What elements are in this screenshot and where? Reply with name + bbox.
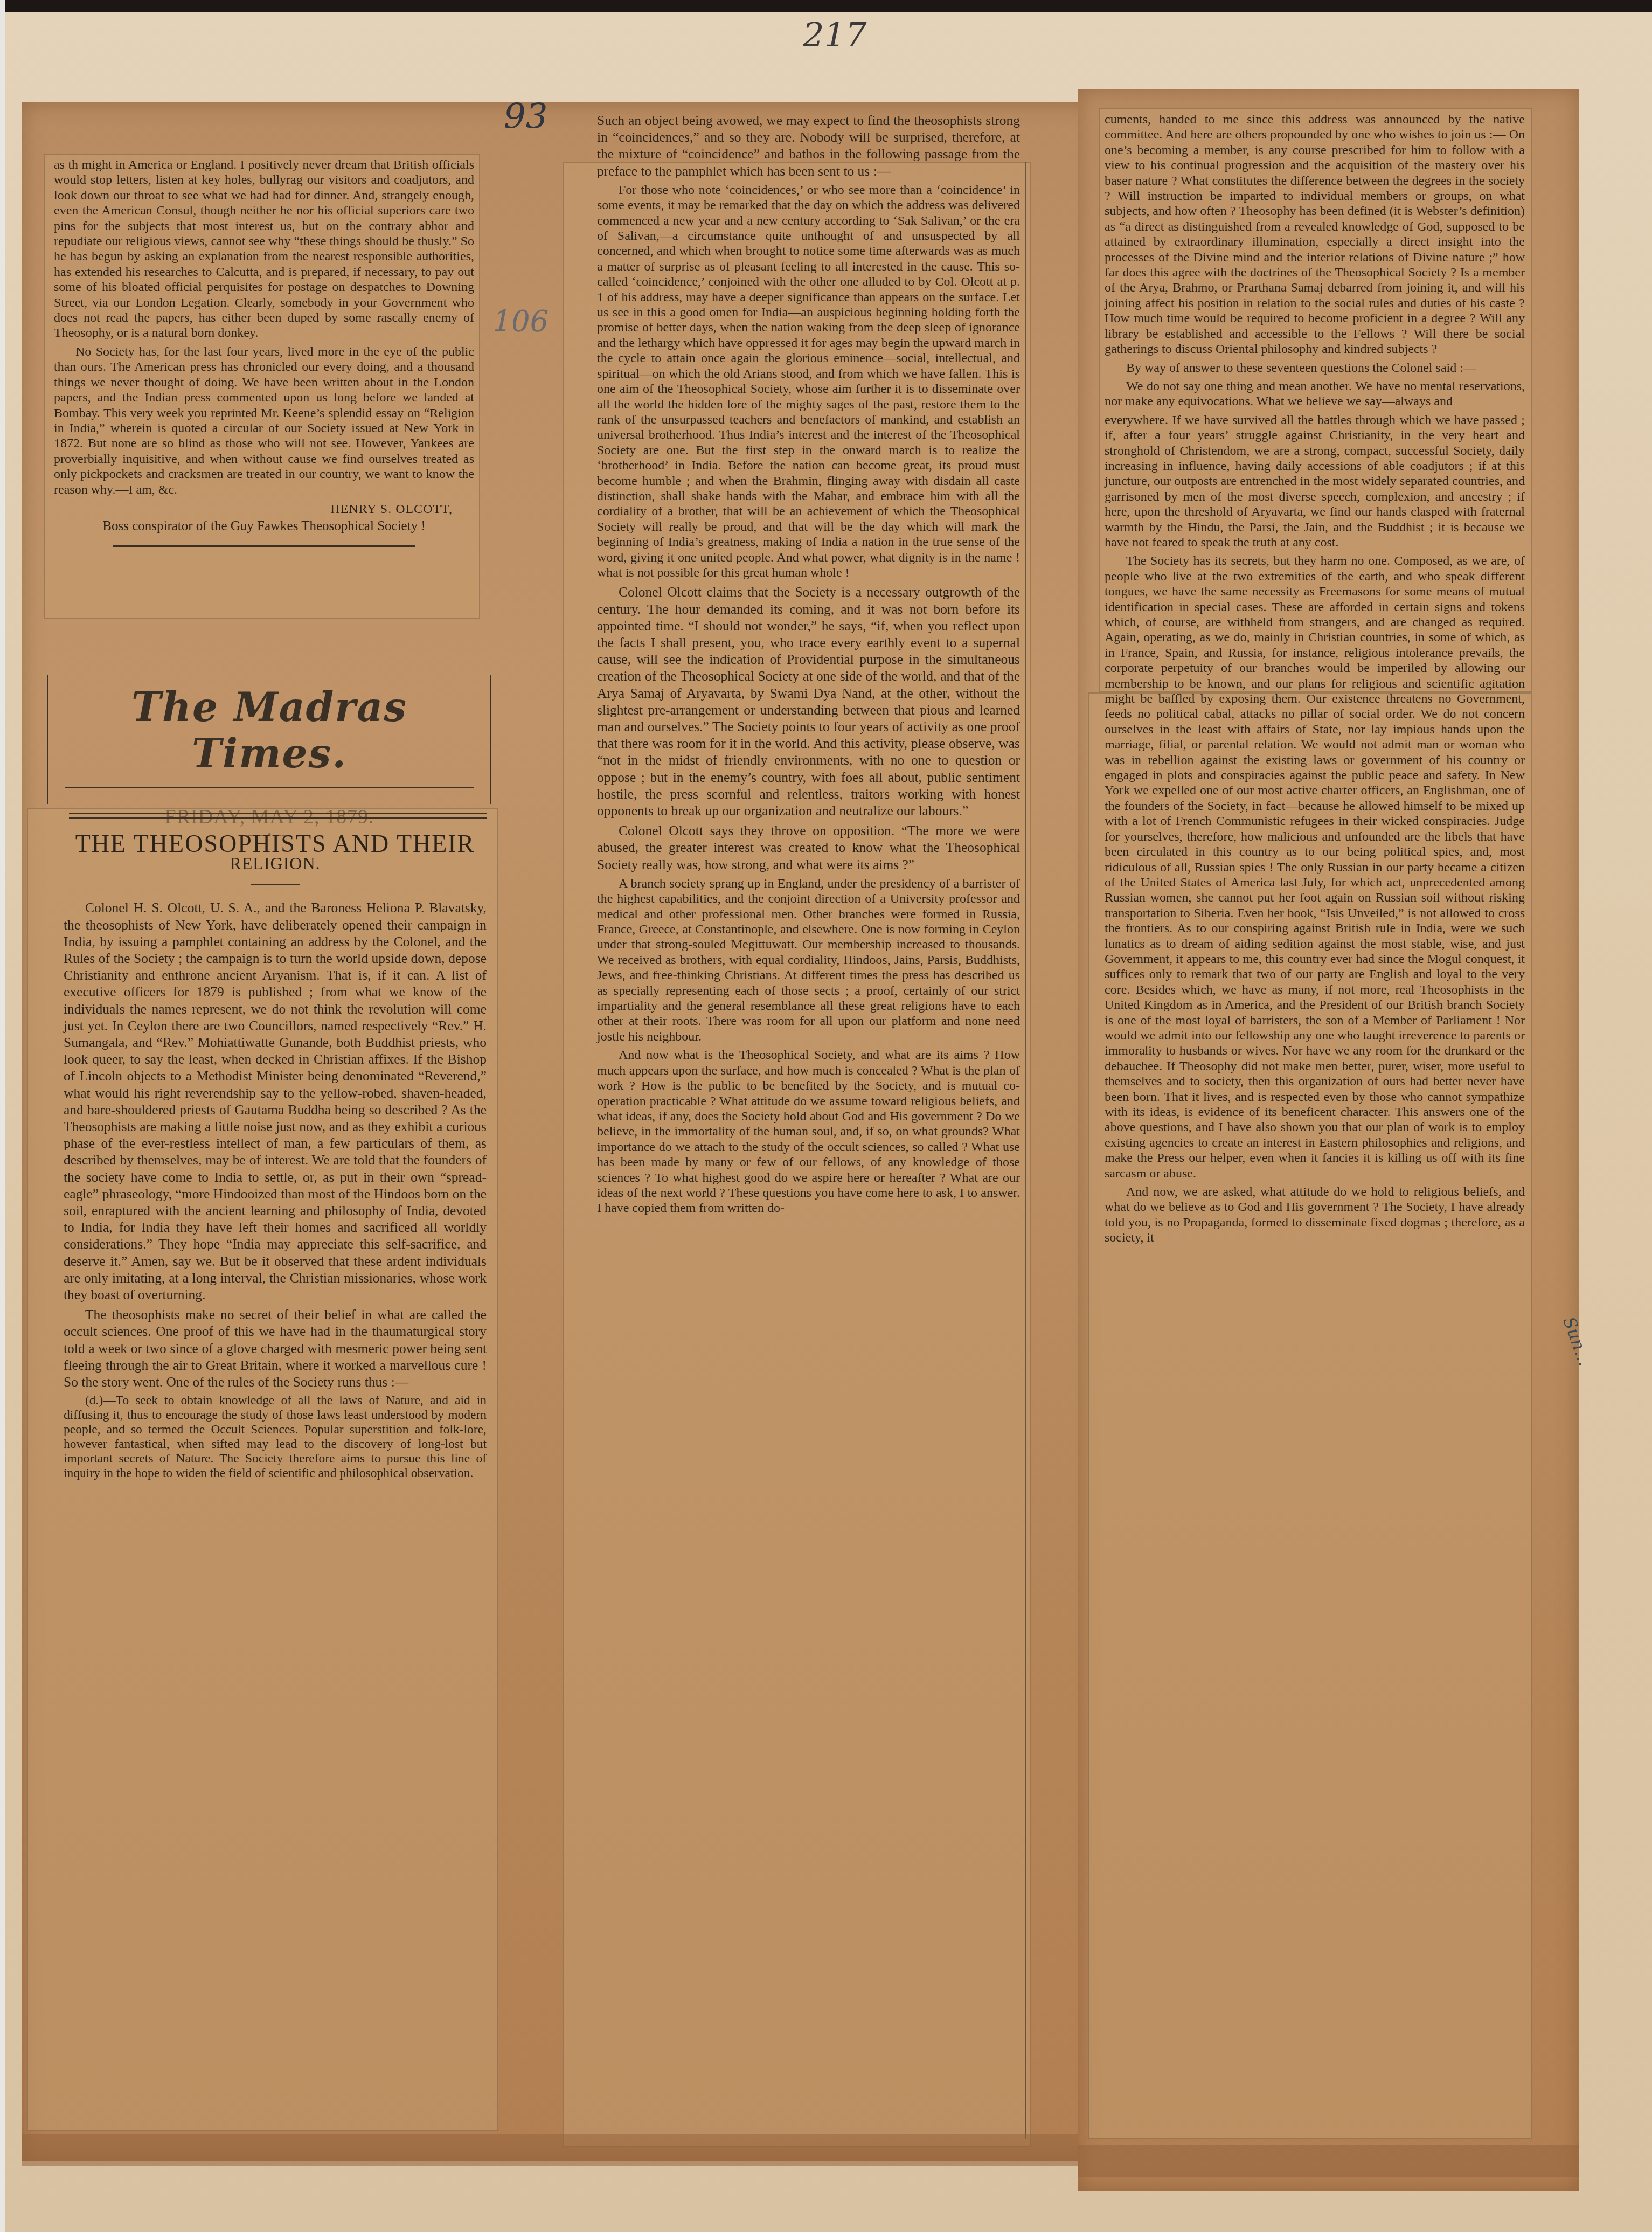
tape-bottom-edge-left [22,2134,1078,2166]
article-paragraph: And now, we are asked, what attitude do … [1105,1184,1525,1246]
short-rule [251,884,300,885]
article-subheadline: RELIGION. [64,855,487,872]
masthead-rule [65,787,474,791]
column-rule [1025,162,1026,2139]
article-paragraph: The Society has its secrets, but they ha… [1105,553,1525,1181]
separator-rule [113,545,415,547]
article-paragraph: For those who note ‘coincidences,’ or wh… [597,183,1020,581]
newspaper-title: The Madras Times. [48,684,490,777]
tape-bottom-edge-right [1078,2145,1579,2177]
scan-left-edge [0,0,5,2232]
letter-paragraph: as th might in America or England. I pos… [54,157,474,341]
letter-signature: HENRY S. OLCOTT, [54,502,453,517]
article-paragraph: A branch society sprang up in England, u… [597,876,1020,1044]
article-column-3: cuments, handed to me since this address… [1105,112,1525,1249]
article-paragraph: Colonel Olcott says they throve on oppos… [597,822,1020,873]
article-paragraph: Colonel H. S. Olcott, U. S. A., and the … [64,899,487,1303]
margin-note-93: 93 [504,97,547,137]
article-paragraph: We do not say one thing and mean another… [1105,379,1525,410]
letter-signature-title: Boss conspirator of the Guy Fawkes Theos… [54,519,474,534]
margin-note-106: 106 [493,304,549,338]
article-column-2: Such an object being avowed, we may expe… [597,112,1020,1219]
article-headline: THE THEOSOPHISTS AND THEIR [64,835,487,852]
article-column-1: THE THEOSOPHISTS AND THEIR RELIGION. Col… [64,813,487,1484]
article-paragraph: everywhere. If we have survived all the … [1105,413,1525,551]
article-paragraph: The theosophists make no secret of their… [64,1306,487,1390]
letter-paragraph: No Society has, for the last four years,… [54,344,474,497]
article-paragraph: Colonel Olcott claims that the Society i… [597,584,1020,819]
scan-top-border [0,0,1652,12]
page-number: 217 [803,15,866,54]
article-paragraph: cuments, handed to me since this address… [1105,112,1525,357]
article-paragraph: By way of answer to these seventeen ques… [1105,361,1525,376]
newspaper-masthead: The Madras Times. FRIDAY, MAY 2, 1879. —… [47,675,491,804]
society-rule-quote: (d.)—To seek to obtain knowledge of all … [64,1394,487,1481]
article-paragraph: Such an object being avowed, we may expe… [597,112,1020,179]
article-paragraph: And now what is the Theosophical Society… [597,1048,1020,1216]
letter-column: as th might in America or England. I pos… [54,157,474,558]
double-rule [69,813,487,819]
